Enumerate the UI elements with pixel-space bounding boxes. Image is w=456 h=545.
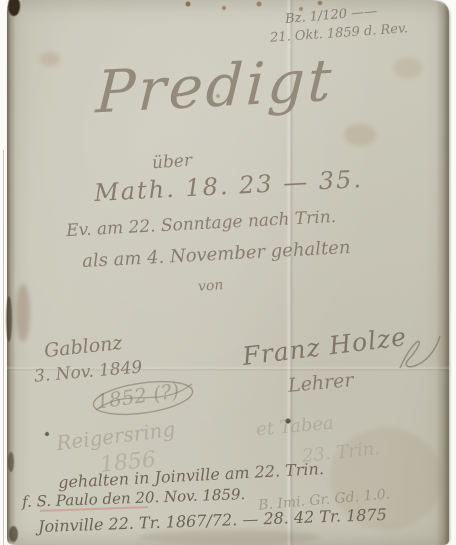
header-ueber: über bbox=[151, 151, 192, 174]
stain bbox=[40, 52, 60, 66]
stain bbox=[394, 58, 422, 78]
page-title: Predigt bbox=[94, 46, 335, 127]
stain bbox=[344, 124, 376, 146]
stain bbox=[140, 530, 320, 544]
scanner-bed-page-edge bbox=[3, 150, 4, 545]
byline-von: von bbox=[197, 277, 223, 295]
stain bbox=[16, 284, 30, 342]
scanned-manuscript: { "document_kind": "handwritten sermon m… bbox=[0, 0, 456, 545]
torn-edge-spot bbox=[6, 296, 12, 342]
torn-edge-spot bbox=[8, 452, 14, 472]
torn-edge-spot bbox=[9, 526, 18, 542]
